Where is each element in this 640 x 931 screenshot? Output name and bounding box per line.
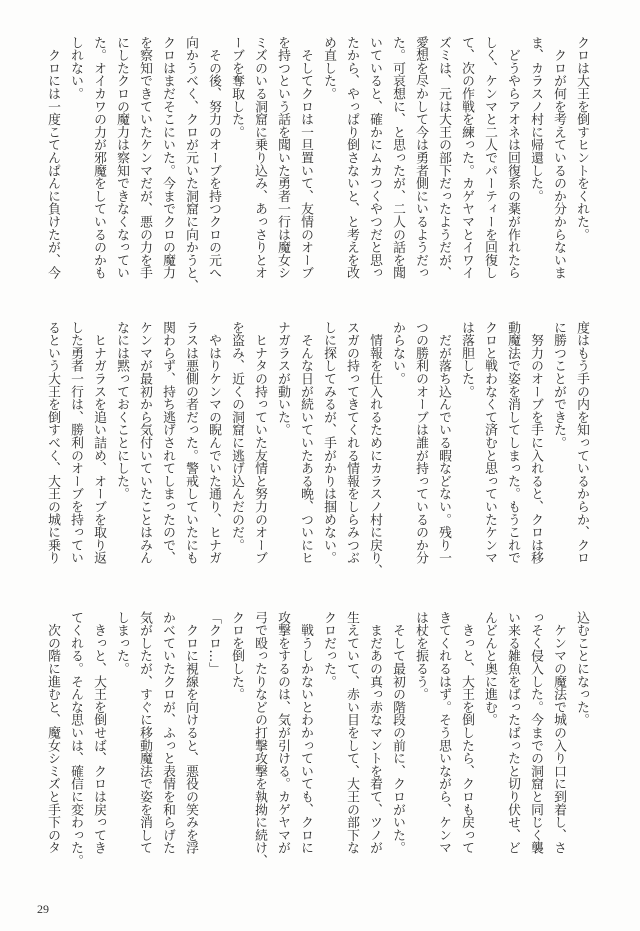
text-line: どうやらアオネは回復系の薬が作れたら: [501, 36, 524, 298]
text-tier-bottom: 込むことになった。 ケンマの魔法で城の入り口に到着し、さ っそく侵入した。今まで…: [33, 611, 593, 873]
text-line: 愛想を尽かして今は勇者側にいるようだっ: [409, 36, 432, 298]
text-line: い来る雑魚をばったばったと切り伏せ、ど: [501, 611, 524, 873]
text-line: 攻撃をするのは、気が引ける。カゲヤマが: [271, 611, 294, 873]
text-line: るという大王を倒すべく、大王の城に乗り: [41, 321, 64, 583]
text-line: そんな日が続いていたある晩、ついにヒ: [294, 321, 317, 583]
text-line: きっと、大王を倒したら、クロも戻って: [455, 611, 478, 873]
text-line: やはりケンマの睨んでいた通り、ヒナガ: [202, 321, 225, 583]
text-line: 向かうべく、クロが元いた洞窟に向かうと、: [179, 36, 202, 298]
text-line: ミズのいる洞窟に乗り込み、あっさりとオ: [248, 36, 271, 298]
text-line: ラスは悪側の者だった。警戒していたにも: [179, 321, 202, 583]
text-line: きっと、大王を倒せば、クロは戻ってき: [87, 611, 110, 873]
text-line: その後、努力のオーブを持つクロの元へ: [202, 36, 225, 298]
text-line: ヒナガラスを追い詰め、オーブを取り返: [87, 321, 110, 583]
text-line: ズミは、元は大王の部下だったようだが、: [432, 36, 455, 298]
text-line: に勝つことができた。: [547, 321, 570, 583]
text-line: からない。: [386, 321, 409, 583]
text-line: たから、やっぱり倒さないと、と考えを改: [340, 36, 363, 298]
text-line: まだあの真っ赤なマントを着て、ツノが: [363, 611, 386, 873]
text-line: 動魔法で姿を消してしまった。もうこれで: [501, 321, 524, 583]
text-line: にしたクロの魔力は察知できなくなってい: [110, 36, 133, 298]
text-line: クロだった。: [317, 611, 340, 873]
text-line: を察知できていたケンマだが、悪の力を手: [133, 36, 156, 298]
text-line: 弓で殴ったりなどの打撃攻撃を執拗に続け、: [248, 611, 271, 873]
text-line: つの勝利のオーブは誰が持っているのか分: [409, 321, 432, 583]
text-line: クロと戦わなくて済むと思っていたケンマ: [478, 321, 501, 583]
text-line: 「クロ…」: [202, 611, 225, 873]
text-line: て、次の作戦を練った。カゲヤマとイワイ: [455, 36, 478, 298]
text-line: っそく侵入した。今までの洞窟と同じく襲: [524, 611, 547, 873]
text-line: め直した。: [317, 36, 340, 298]
text-line: クロを倒した。: [225, 611, 248, 873]
text-line: しれない。: [64, 36, 87, 298]
text-line: なには黙っておくことにした。: [110, 321, 133, 583]
text-line: そしてクロは一旦置いて、友情のオーブ: [294, 36, 317, 298]
text-line: きてくれるはず。そう思いながら、ケンマ: [432, 611, 455, 873]
text-line: 込むことになった。: [570, 611, 593, 873]
text-line: 戦うしかないとわかっていても、クロに: [294, 611, 317, 873]
text-line: した勇者一行は、勝利のオーブを持ってい: [64, 321, 87, 583]
text-line: た。オイカワの力が邪魔をしているのかも: [87, 36, 110, 298]
text-line: クロは大王を倒すヒントをくれた。: [570, 36, 593, 298]
text-line: 努力のオーブを手に入れると、クロは移: [524, 321, 547, 583]
text-line: クロに視線を向けると、悪役の笑みを浮: [179, 611, 202, 873]
text-line: いていると、確かにムカつくやつだと思っ: [363, 36, 386, 298]
text-line: ーブを奪取した。: [225, 36, 248, 298]
text-line: んどんと奥に進む。: [478, 611, 501, 873]
text-line: クロには一度こてんぱんに負けたが、今: [41, 36, 64, 298]
text-line: 関わらず、持ち逃げされてしまったので、: [156, 321, 179, 583]
text-line: そして最初の階段の前に、クロがいた。: [386, 611, 409, 873]
text-line: ナガラスが動いた。: [271, 321, 294, 583]
text-line: しに探してみるが、手がかりは掴めない。: [317, 321, 340, 583]
text-line: は落胆した。: [455, 321, 478, 583]
text-line: クロはまだそこにいた。今までクロの魔力: [156, 36, 179, 298]
text-tier-top: クロは大王を倒すヒントをくれた。 クロが何を考えているのか分からないま ま、カラ…: [33, 36, 593, 298]
text-line: クロが何を考えているのか分からないま: [547, 36, 570, 298]
text-line: ケンマの魔法で城の入り口に到着し、さ: [547, 611, 570, 873]
text-line: 気がしたが、すぐに移動魔法で姿を消して: [133, 611, 156, 873]
text-tier-middle: 度はもう手の内を知っているからか、クロ に勝つことができた。 努力のオーブを手に…: [33, 321, 593, 583]
text-line: てくれる。そんな思いは、確信に変わった。: [64, 611, 87, 873]
text-line: ま、カラスノ村に帰還した。: [524, 36, 547, 298]
text-line: かべていたクロが、ふっと表情を和らげた: [156, 611, 179, 873]
text-line: 度はもう手の内を知っているからか、クロ: [570, 321, 593, 583]
text-line: ケンマが最初から気付いていたことはみん: [133, 321, 156, 583]
text-line: ヒナタの持っていた友情と努力のオーブ: [248, 321, 271, 583]
text-line: しまった。: [110, 611, 133, 873]
text-line: スガの持ってきてくれる情報をしらみつぶ: [340, 321, 363, 583]
text-line: 情報を仕入れるためにカラスノ村に戻り、: [363, 321, 386, 583]
text-line: しく、ケンマと二人でパーティーを回復し: [478, 36, 501, 298]
text-line: だが落ち込んでいる暇などない。残り一: [432, 321, 455, 583]
book-page: クロは大王を倒すヒントをくれた。 クロが何を考えているのか分からないま ま、カラ…: [0, 0, 640, 931]
text-line: 生えていて、赤い目をして、大王の部下な: [340, 611, 363, 873]
text-line: は杖を振るう。: [409, 611, 432, 873]
text-line: を盗み、近くの洞窟に逃げ込んだのだ。: [225, 321, 248, 583]
text-line: を持つという話を聞いた勇者一行は魔女シ: [271, 36, 294, 298]
text-line: 次の階に進むと、魔女シミズと手下のタ: [41, 611, 64, 873]
text-line: た。可哀想に、と思ったが、二人の話を聞: [386, 36, 409, 298]
page-number: 29: [37, 902, 49, 917]
